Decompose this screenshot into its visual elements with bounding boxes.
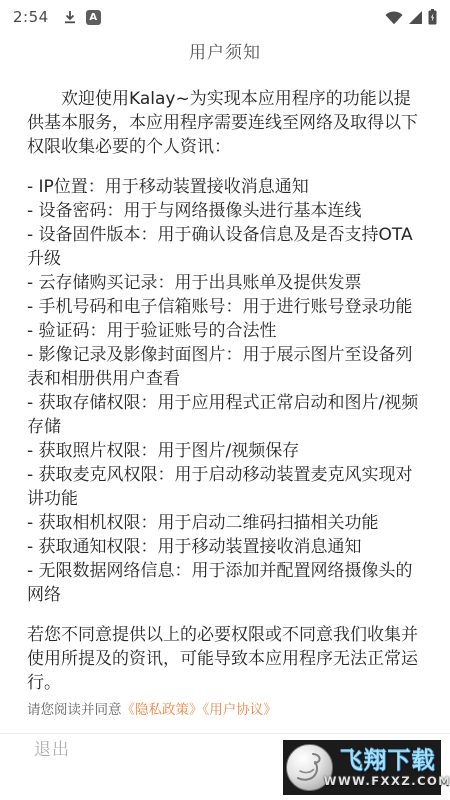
battery-charging-icon [428,9,437,25]
notification-icons: A [63,10,101,25]
system-status-icons [385,9,437,25]
status-bar: 2:54 A [0,0,450,28]
permission-item: - 设备密码：用于与网络摄像头进行基本连线 [27,199,423,223]
user-agreement-link[interactable]: 《用户协议》 [203,702,277,718]
site-watermark: 飞翔下载 WWW.FXXZ.COM [283,740,441,795]
permission-item: - 验证码：用于验证账号的合法性 [27,319,423,343]
page-title: 用户须知 [0,38,450,63]
clock: 2:54 [13,8,49,26]
permission-item: - 手机号码和电子信箱账号：用于进行账号登录功能 [27,295,423,319]
permission-item: - 云存储购买记录：用于出具账单及提供发票 [27,271,423,295]
permission-item: - 获取存储权限：用于应用程式正常启动和图片/视频存储 [27,391,423,439]
exit-button[interactable]: 退出 [34,735,70,760]
permission-item: - IP位置：用于移动装置接收消息通知 [27,175,423,199]
agreement-line: 请您阅读并同意《隐私政策》《用户协议》 [27,699,423,721]
permission-item: - 设备固件版本：用于确认设备信息及是否支持OTA升级 [27,223,423,271]
permission-item: - 获取通知权限：用于移动装置接收消息通知 [27,535,423,559]
divider [0,733,450,734]
warning-paragraph: 若您不同意提供以上的必要权限或不同意我们收集并使用所提及的资讯，可能导致本应用程… [27,623,423,695]
watermark-site-url: WWW.FXXZ.COM [324,774,450,788]
wifi-icon [385,10,403,25]
agreement-prefix: 请您阅读并同意 [27,702,122,718]
permission-item: - 获取照片权限：用于图片/视频保存 [27,439,423,463]
app-screen: 2:54 A [0,0,450,800]
notice-body: 欢迎使用Kalay~为实现本应用程序的功能以提供基本服务，本应用程序需要连线至网… [0,87,450,721]
watermark-site-name: 飞翔下载 [340,748,436,774]
watermark-text: 飞翔下载 WWW.FXXZ.COM [337,748,438,788]
permission-item: - 获取麦克风权限：用于启动移动装置麦克风实现对讲功能 [27,463,423,511]
permission-item: - 影像记录及影像封面图片：用于展示图片至设备列表和相册供用户查看 [27,343,423,391]
app-notification-badge: A [86,10,101,25]
cellular-signal-icon [408,10,423,25]
intro-paragraph: 欢迎使用Kalay~为实现本应用程序的功能以提供基本服务，本应用程序需要连线至网… [27,87,423,159]
permissions-list: - IP位置：用于移动装置接收消息通知 - 设备密码：用于与网络摄像头进行基本连… [27,175,423,607]
privacy-policy-link[interactable]: 《隐私政策》 [122,702,203,718]
download-icon [63,10,77,24]
permission-item: - 无限数据网络信息：用于添加并配置网络摄像头的网络 [27,559,423,607]
permission-item: - 获取相机权限：用于启动二维码扫描相关功能 [27,511,423,535]
